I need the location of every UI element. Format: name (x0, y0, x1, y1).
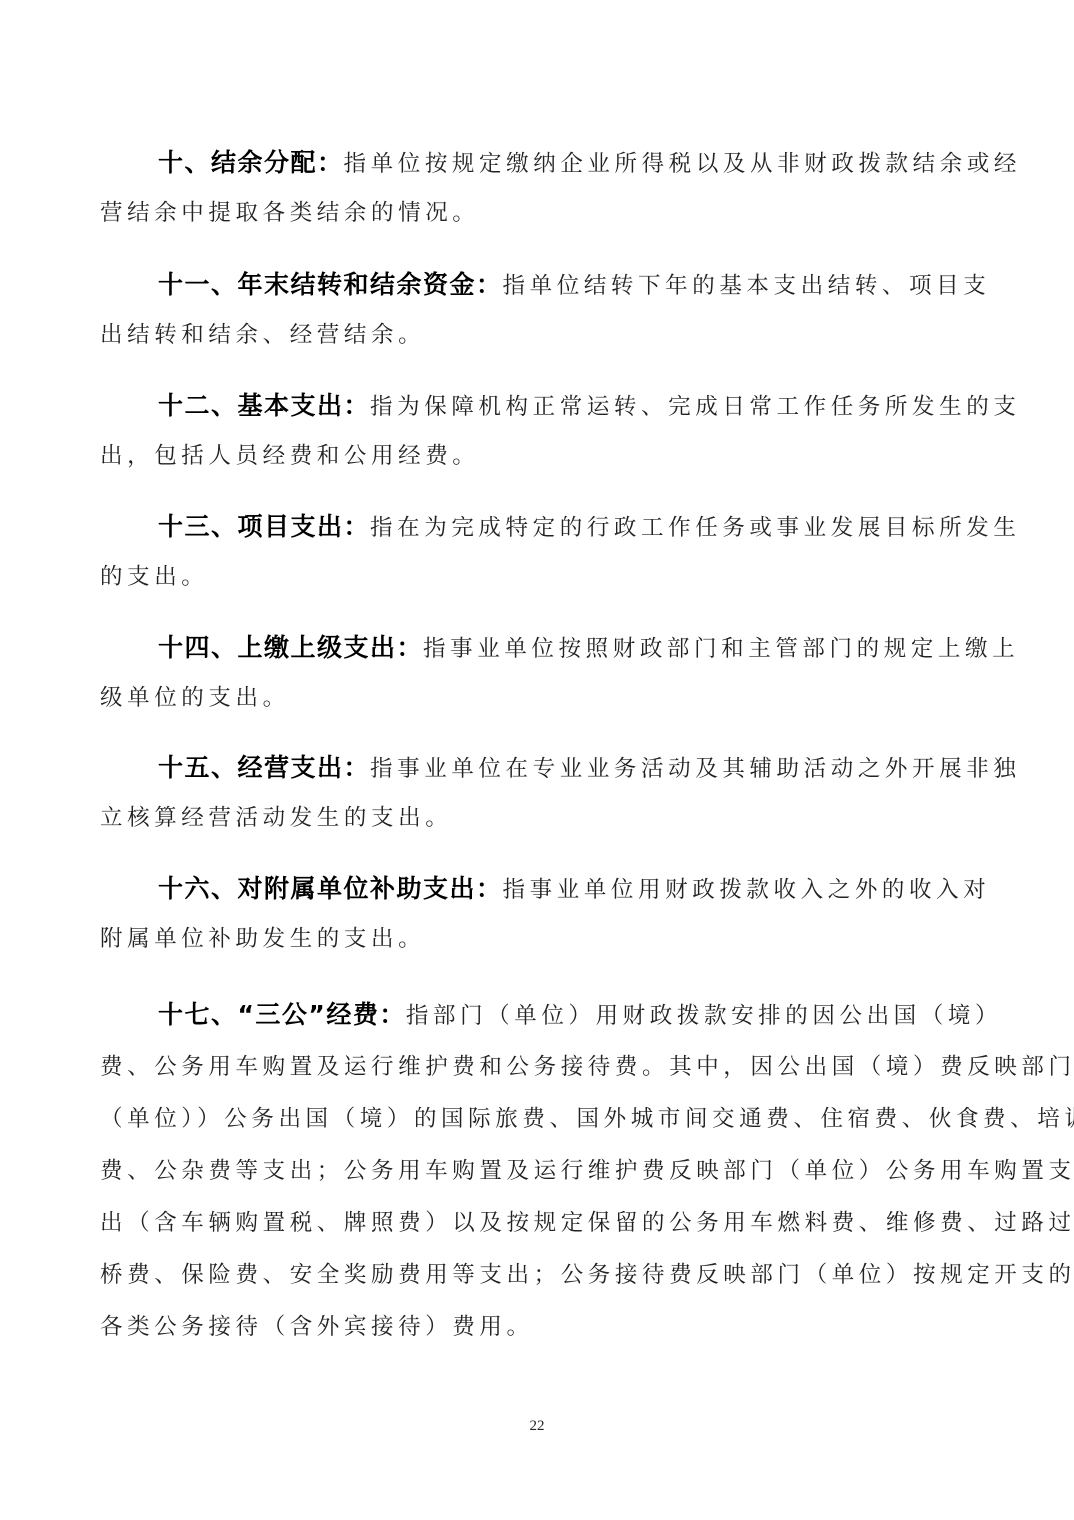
paragraph-line: 附属单位补助发生的支出。 (100, 924, 425, 954)
section-term: 十、结余分配： (158, 148, 344, 177)
paragraph-line: 出结转和结余、经营结余。 (100, 320, 425, 350)
paragraph-line: 十二、基本支出：指为保障机构正常运转、完成日常工作任务所发生的支 (158, 391, 1020, 421)
paragraph-line: 的支出。 (100, 562, 208, 592)
paragraph-line: 费、公务用车购置及运行维护费和公务接待费。其中，因公出国（境）费反映部门 (100, 1052, 1074, 1082)
document-page: 十、结余分配：指单位按规定缴纳企业所得税以及从非财政拨款结余或经 营结余中提取各… (0, 0, 1074, 1520)
page-number: 22 (0, 1418, 1074, 1435)
paragraph-line: 十四、上缴上级支出：指事业单位按照财政部门和主管部门的规定上缴上 (158, 633, 1019, 663)
paragraph-line: 级单位的支出。 (100, 683, 290, 713)
paragraph-line: 十一、年末结转和结余资金：指单位结转下年的基本支出结转、项目支 (158, 270, 990, 300)
section-term: 十四、上缴上级支出： (158, 633, 423, 662)
section-term: 十二、基本支出： (158, 391, 370, 420)
paragraph-line: 十七、“三公”经费：指部门（单位）用财政拨款安排的因公出国（境） (158, 1000, 1002, 1030)
section-text: 指单位按规定缴纳企业所得税以及从非财政拨款结余或经 (344, 151, 1022, 177)
section-text: 指事业单位用财政拨款收入之外的收入对 (503, 877, 991, 903)
section-term: 十六、对附属单位补助支出： (158, 874, 503, 903)
paragraph-line: 营结余中提取各类结余的情况。 (100, 198, 479, 228)
paragraph-line: 桥费、保险费、安全奖励费用等支出；公务接待费反映部门（单位）按规定开支的 (100, 1260, 1074, 1290)
paragraph-line: 立核算经营活动发生的支出。 (100, 803, 452, 833)
section-text: 指为保障机构正常运转、完成日常工作任务所发生的支 (370, 394, 1020, 420)
section-text: 指事业单位在专业业务活动及其辅助活动之外开展非独 (370, 756, 1020, 782)
paragraph-line: （单位））公务出国（境）的国际旅费、国外城市间交通费、住宿费、伙食费、培训 (100, 1104, 1074, 1134)
section-term: 十五、经营支出： (158, 753, 370, 782)
paragraph-line: 十三、项目支出：指在为完成特定的行政工作任务或事业发展目标所发生 (158, 512, 1020, 542)
section-text: 指在为完成特定的行政工作任务或事业发展目标所发生 (370, 515, 1020, 541)
section-text: 指事业单位按照财政部门和主管部门的规定上缴上 (423, 636, 1019, 662)
paragraph-line: 各类公务接待（含外宾接待）费用。 (100, 1312, 534, 1342)
paragraph-line: 费、公杂费等支出；公务用车购置及运行维护费反映部门（单位）公务用车购置支 (100, 1156, 1074, 1186)
paragraph-line: 出（含车辆购置税、牌照费）以及按规定保留的公务用车燃料费、维修费、过路过 (100, 1208, 1074, 1238)
section-text: 指单位结转下年的基本支出结转、项目支 (503, 273, 991, 299)
section-term: 十一、年末结转和结余资金： (158, 270, 503, 299)
section-term: 十三、项目支出： (158, 512, 370, 541)
paragraph-line: 出，包括人员经费和公用经费。 (100, 441, 479, 471)
section-text: 指部门（单位）用财政拨款安排的因公出国（境） (406, 1003, 1002, 1029)
paragraph-line: 十、结余分配：指单位按规定缴纳企业所得税以及从非财政拨款结余或经 (158, 148, 1021, 178)
paragraph-line: 十六、对附属单位补助支出：指事业单位用财政拨款收入之外的收入对 (158, 874, 990, 904)
paragraph-line: 十五、经营支出：指事业单位在专业业务活动及其辅助活动之外开展非独 (158, 753, 1020, 783)
section-term: 十七、“三公”经费： (158, 1000, 406, 1029)
